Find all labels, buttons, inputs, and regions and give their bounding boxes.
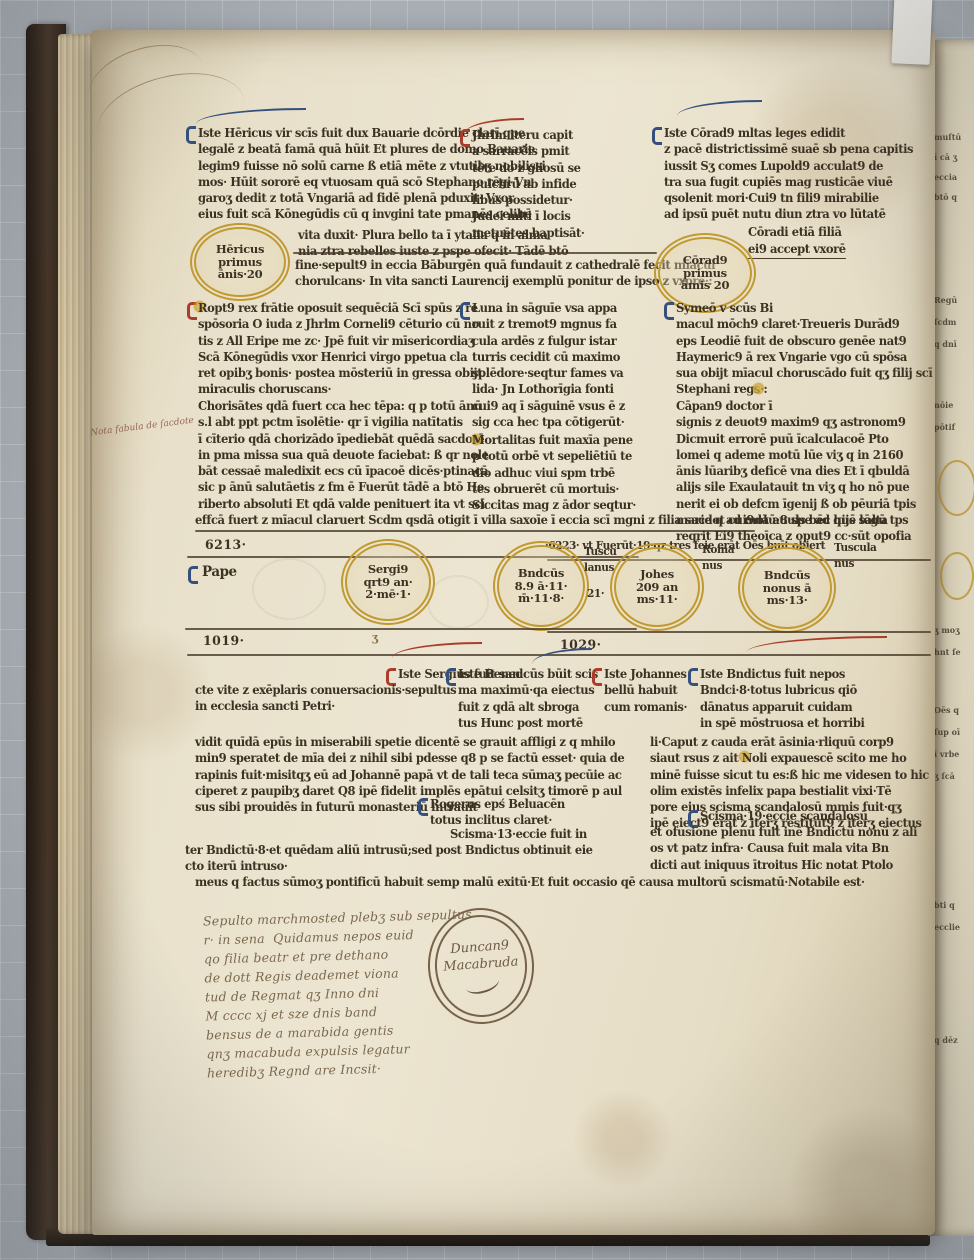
paragraph-rogerus: Rogerus epś Beluacēn totus inclitus clar… xyxy=(430,796,565,829)
era-year-6213: 6213· xyxy=(205,538,246,553)
adjacent-text-fragment: hnt ſe xyxy=(934,647,961,657)
adjacent-text-fragment: ecclie xyxy=(934,922,960,932)
conradus-side-note: Cōradi etiā filiā xyxy=(748,224,842,240)
adjacent-text-fragment: ʒ ſcā xyxy=(934,771,955,781)
paragraph-rupertus: Ropt9 rex frātie oposuit sequēciā Scī sp… xyxy=(198,300,482,398)
paragraph-conradus: Iste Cōrad9 mltas leges edidit z pacē di… xyxy=(664,125,913,223)
page-corner-crease xyxy=(78,31,214,136)
adjacent-text-fragment: ſup oī xyxy=(934,727,960,737)
rule-line xyxy=(185,628,637,630)
bookmark-tab[interactable] xyxy=(891,0,932,65)
paragraph-johannes: Iste Johannes bellū habuit cum romanis· xyxy=(604,666,687,715)
paragraph-symeon: Symeō v scūs Bi macul mōch9 claret·Treue… xyxy=(676,300,932,398)
pape-band-label: Pape xyxy=(202,564,237,580)
label-romanus: Roma nus xyxy=(702,542,734,573)
rubric-pilcrow xyxy=(186,126,196,144)
adjacent-text-fragment: pōtif xyxy=(934,422,955,432)
adjacent-text-fragment: muſtū xyxy=(934,132,961,142)
paragraph-scisma-13: ter Bndictū·8·et quēdam aliū intrusū;sed… xyxy=(185,842,593,875)
showthrough-ghost-circle xyxy=(252,558,326,620)
year-1029: 1029· xyxy=(560,638,601,653)
gilt-initial-dab xyxy=(752,382,765,395)
rubric-pilcrow xyxy=(592,668,602,686)
paragraph-sergius: cte vite z exēplaris conuersacionis·sepu… xyxy=(195,682,456,715)
pape-medallion-sergius-iv: Sergi9 qrt9 an· 2·mē·1· xyxy=(345,543,431,621)
adjacent-text-fragment: ſcdm xyxy=(934,317,956,327)
adjacent-medallion-fragment xyxy=(940,552,974,600)
flourish-stroke xyxy=(747,636,887,652)
adjacent-medallion-fragment xyxy=(938,460,974,516)
paragraph-jerusalem: Jhrlm iteru capit a sarracēis pmit tēte … xyxy=(472,127,584,241)
showthrough-ghost-circle xyxy=(427,575,489,629)
adjacent-text-fragment: ī vrbe xyxy=(934,749,959,759)
label-tusculanus: Tuscu lanus xyxy=(584,544,616,575)
paragraph-chorisantes: Chorisātes qdā fuert cca hec tēpa: q p t… xyxy=(198,398,488,512)
adjacent-text-fragment: ī cā ʒ xyxy=(934,152,957,162)
rule-line xyxy=(187,654,931,656)
paragraph-benedictus-viii: Iste Benedcūs būit scis ma maximū·qa eie… xyxy=(458,666,598,731)
rubric-pilcrow xyxy=(664,302,674,320)
pape-medallion-benedictus-viii: Bndcūs 8.9 ā·11· m̄·11·8· xyxy=(497,545,585,627)
paragraph-scisma-19: et ofusione plenū fuit inē Bndictū nonū … xyxy=(650,824,917,873)
rubric-pilcrow xyxy=(418,798,428,816)
rubric-pilcrow xyxy=(688,668,698,686)
rubric-pilcrow xyxy=(652,127,662,145)
rubric-pilcrow xyxy=(188,566,198,584)
heading-scisma-19: Scisma·19·eccie scandalosū xyxy=(700,808,868,824)
adjacent-text-fragment: bti q xyxy=(934,900,955,910)
margin-note-nota-fabula: Nota fabula de ſacdote xyxy=(90,416,195,440)
number-21: 21· xyxy=(587,586,604,602)
pape-medallion-benedictus-ix: Bndcūs nonus ā ms·13· xyxy=(742,547,832,629)
paragraph-campanus: Cāpan9 doctor ī signis z deuot9 maxim9 q… xyxy=(676,398,916,545)
rule-line xyxy=(195,530,755,532)
adjacent-text-fragment: Oēs q xyxy=(934,705,959,715)
medallion-conradus-primus: Cōrad9 primus āmis 20 xyxy=(658,237,752,309)
closing-line: meus q factus sūmoʒ pontificū habuit sem… xyxy=(195,874,865,890)
paragraph-benedictus-ix: Iste Bndictus fuit nepos Bndci·8·totus l… xyxy=(700,666,864,731)
heading-scisma-13: Scisma·13·eccie fuit in xyxy=(450,826,587,842)
flourish-stroke xyxy=(677,100,762,116)
adjacent-text-fragment: q dnī xyxy=(934,339,957,349)
rule-line xyxy=(547,631,931,633)
label-tusculanus-2: Tuscula nus xyxy=(834,540,876,571)
rubric-pilcrow xyxy=(446,668,456,686)
pape-medallion-johannes-xx: Johes 209 an ms·11· xyxy=(614,547,700,627)
adjacent-text-fragment: nōie xyxy=(934,400,953,410)
medallion-henricus-primus: Hēricus primus ānis·20 xyxy=(194,227,286,297)
flourish-stroke xyxy=(196,108,306,124)
conradus-side-note-underlined: ei9 accept vxorē xyxy=(748,241,846,259)
adjacent-text-fragment: eccia xyxy=(934,172,957,182)
paragraph-mortalitas: Mortalitas fuit maxīa pene p totū orbē v… xyxy=(472,432,636,513)
paragraph-henricus-wide: fine·sepult9 in eccia Bāburgēn quā funda… xyxy=(295,257,715,290)
adjacent-text-fragment: btō q xyxy=(934,192,957,202)
rubric-pilcrow xyxy=(460,302,470,320)
rubric-pilcrow xyxy=(460,129,470,147)
year-1019: 1019· xyxy=(203,634,244,649)
paragraph-luna: Luna in sāguīe vsa appa ruit z tremot9 m… xyxy=(472,300,625,430)
adjacent-text-fragment: q dēz xyxy=(934,1035,958,1045)
stamp-flourish xyxy=(463,971,501,998)
rule-line xyxy=(293,252,657,254)
book-page[interactable]: Iste Hēricus vir scīs fuit dux Bauarie d… xyxy=(92,30,935,1235)
quire-mark: ʒ xyxy=(372,630,378,646)
